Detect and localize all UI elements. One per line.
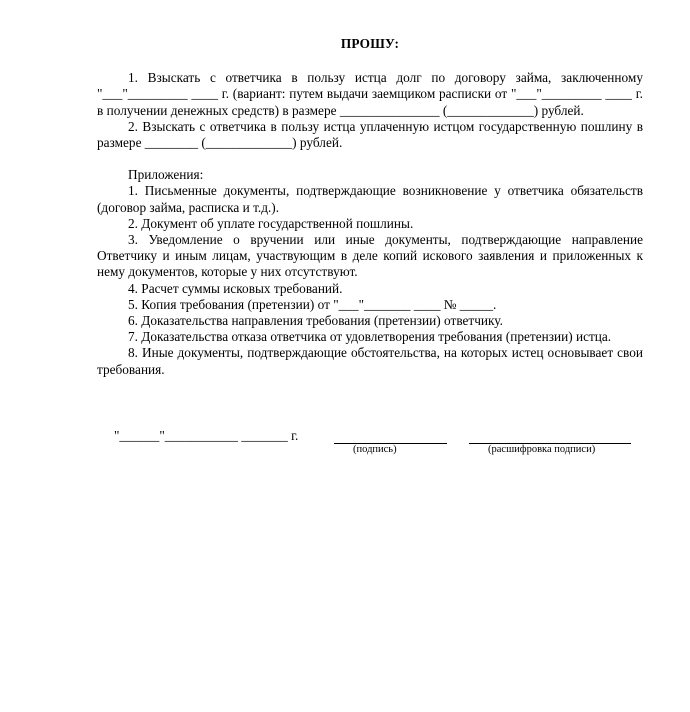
attachment-item-5: 5. Копия требования (претензии) от "___"…	[97, 297, 643, 313]
attachment-item-3: 3. Уведомление о вручении или иные докум…	[97, 232, 643, 281]
attachment-item-2: 2. Документ об уплате государственной по…	[97, 216, 643, 232]
signature-line	[334, 428, 447, 444]
document-body: ПРОШУ: 1. Взыскать с ответчика в пользу …	[97, 36, 643, 378]
attachment-item-8: 8. Иные документы, подтверждающие обстоя…	[97, 345, 643, 377]
signature-block: "______"___________ _______ г. (подпись)…	[0, 425, 690, 465]
attachment-item-7: 7. Доказательства отказа ответчика от уд…	[97, 329, 643, 345]
attachment-item-1: 1. Письменные документы, подтверждающие …	[97, 183, 643, 215]
request-item-1: 1. Взыскать с ответчика в пользу истца д…	[97, 70, 643, 119]
date-line: "______"___________ _______ г.	[114, 428, 298, 444]
attachment-item-4: 4. Расчет суммы исковых требований.	[97, 281, 643, 297]
attachments-heading: Приложения:	[97, 167, 643, 183]
document-title: ПРОШУ:	[97, 36, 643, 52]
signature-decoding-line	[469, 428, 631, 444]
attachment-item-6: 6. Доказательства направления требования…	[97, 313, 643, 329]
decoding-caption: (расшифровка подписи)	[488, 444, 595, 455]
signature-caption: (подпись)	[353, 444, 397, 455]
request-item-2: 2. Взыскать с ответчика в пользу истца у…	[97, 119, 643, 151]
